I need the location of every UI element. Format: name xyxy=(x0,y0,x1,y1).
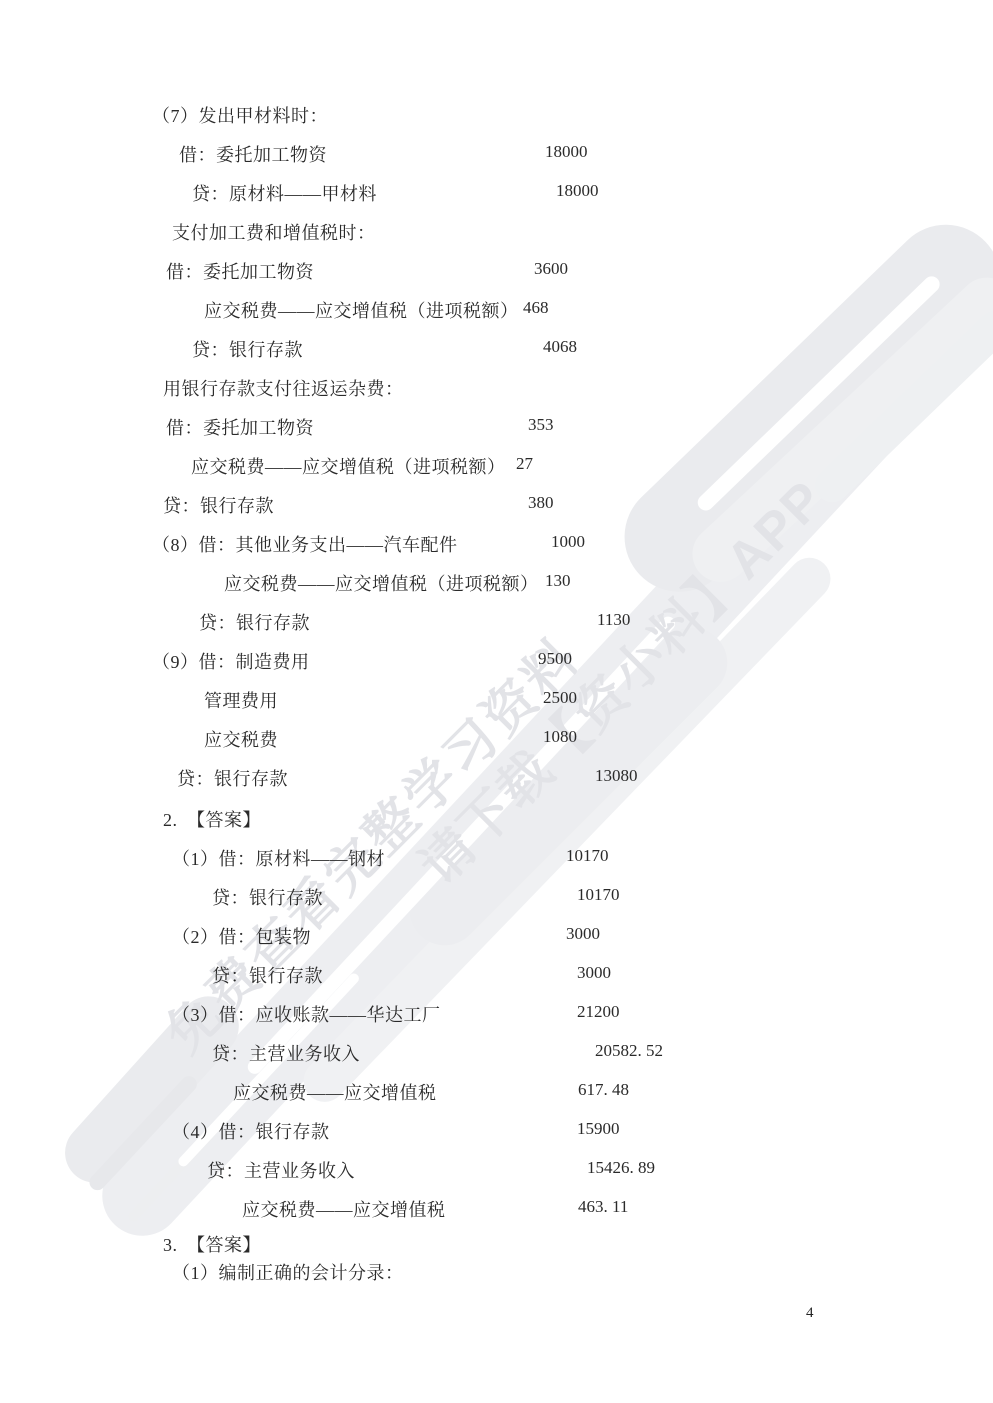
journal-line-amount: 21200 xyxy=(577,1002,620,1022)
journal-line-text: 支付加工费和增值税时： xyxy=(172,219,376,245)
journal-line-text: （4）借：银行存款 xyxy=(172,1118,330,1144)
journal-line: 支付加工费和增值税时： xyxy=(0,219,993,239)
journal-line-text: 应交税费——应交增值税（进项税额） xyxy=(191,453,506,479)
journal-line-text: 2. 【答案】 xyxy=(163,806,261,832)
journal-line: （7）发出甲材料时： xyxy=(0,102,993,122)
journal-line: （4）借：银行存款15900 xyxy=(0,1118,993,1138)
journal-line-text: 用银行存款支付往返运杂费： xyxy=(163,375,404,401)
journal-line: （1）借：原材料——钢材10170 xyxy=(0,845,993,865)
journal-line: 应交税费——应交增值税617. 48 xyxy=(0,1079,993,1099)
journal-line-text: （2）借：包装物 xyxy=(172,923,311,949)
journal-line-amount: 9500 xyxy=(538,649,572,669)
journal-line-text: 应交税费——应交增值税 xyxy=(242,1196,446,1222)
journal-line-amount: 3000 xyxy=(577,963,611,983)
journal-line: 2. 【答案】 xyxy=(0,806,993,826)
journal-line: 应交税费——应交增值税（进项税额）27 xyxy=(0,453,993,473)
journal-line: 3. 【答案】 xyxy=(0,1231,993,1251)
journal-line: （8）借：其他业务支出——汽车配件1000 xyxy=(0,531,993,551)
journal-line: （3）借：应收账款——华达工厂21200 xyxy=(0,1001,993,1021)
journal-line-text: 贷：银行存款 xyxy=(212,884,323,910)
journal-line-amount: 468 xyxy=(523,298,549,318)
journal-line: 用银行存款支付往返运杂费： xyxy=(0,375,993,395)
journal-line: 借：委托加工物资18000 xyxy=(0,141,993,161)
journal-line-text: 应交税费——应交增值税（进项税额） xyxy=(204,297,519,323)
journal-line-amount: 463. 11 xyxy=(578,1197,628,1217)
journal-line: 应交税费——应交增值税（进项税额）468 xyxy=(0,297,993,317)
journal-line-amount: 15426. 89 xyxy=(587,1158,655,1178)
journal-line-text: 贷：银行存款 xyxy=(212,962,323,988)
journal-line: 贷：银行存款10170 xyxy=(0,884,993,904)
journal-line-text: 应交税费——应交增值税 xyxy=(233,1079,437,1105)
journal-line: 管理费用2500 xyxy=(0,687,993,707)
journal-entries-list: （7）发出甲材料时：借：委托加工物资18000贷：原材料——甲材料18000支付… xyxy=(0,0,993,1403)
journal-line-text: 3. 【答案】 xyxy=(163,1231,261,1257)
journal-line-text: 贷：原材料——甲材料 xyxy=(192,180,377,206)
journal-line-text: （8）借：其他业务支出——汽车配件 xyxy=(152,531,458,557)
journal-line: 贷：银行存款1130 xyxy=(0,609,993,629)
journal-line-text: 贷：银行存款 xyxy=(192,336,303,362)
journal-line: （2）借：包装物3000 xyxy=(0,923,993,943)
journal-line-amount: 3000 xyxy=(566,924,600,944)
journal-line: 借：委托加工物资3600 xyxy=(0,258,993,278)
journal-line-text: 贷：主营业务收入 xyxy=(207,1157,355,1183)
journal-line-amount: 1080 xyxy=(543,727,577,747)
journal-line-amount: 3600 xyxy=(534,259,568,279)
journal-line-text: 应交税费 xyxy=(204,726,278,752)
journal-line: （9）借：制造费用9500 xyxy=(0,648,993,668)
journal-line-amount: 617. 48 xyxy=(578,1080,629,1100)
journal-line-amount: 130 xyxy=(545,571,571,591)
journal-line: 应交税费——应交增值税（进项税额）130 xyxy=(0,570,993,590)
journal-line-text: （9）借：制造费用 xyxy=(152,648,310,674)
journal-line-amount: 27 xyxy=(516,454,533,474)
journal-line-amount: 1000 xyxy=(551,532,585,552)
journal-line: 贷：主营业务收入20582. 52 xyxy=(0,1040,993,1060)
journal-line-text: 管理费用 xyxy=(204,687,278,713)
journal-line-amount: 20582. 52 xyxy=(595,1041,663,1061)
journal-line-text: 借：委托加工物资 xyxy=(166,258,314,284)
journal-line-amount: 4068 xyxy=(543,337,577,357)
journal-line-amount: 18000 xyxy=(545,142,588,162)
document-page: 免费查看完整学习资料 请下载【资小料】APP （7）发出甲材料时：借：委托加工物… xyxy=(0,0,993,1403)
journal-line-text: 贷：主营业务收入 xyxy=(212,1040,360,1066)
journal-line-text: 贷：银行存款 xyxy=(177,765,288,791)
journal-line: 贷：银行存款380 xyxy=(0,492,993,512)
page-number: 4 xyxy=(806,1305,814,1322)
journal-line-amount: 353 xyxy=(528,415,554,435)
journal-line-text: 贷：银行存款 xyxy=(199,609,310,635)
journal-line-text: （7）发出甲材料时： xyxy=(152,102,328,128)
journal-line-amount: 380 xyxy=(528,493,554,513)
journal-line-amount: 1130 xyxy=(597,610,630,630)
journal-line: 应交税费1080 xyxy=(0,726,993,746)
journal-line: 借：委托加工物资353 xyxy=(0,414,993,434)
journal-line-text: （1）借：原材料——钢材 xyxy=(172,845,385,871)
journal-line-amount: 10170 xyxy=(566,846,609,866)
journal-line: 应交税费——应交增值税463. 11 xyxy=(0,1196,993,1216)
journal-line-text: （3）借：应收账款——华达工厂 xyxy=(172,1001,441,1027)
journal-line: 贷：银行存款13080 xyxy=(0,765,993,785)
journal-line-amount: 13080 xyxy=(595,766,638,786)
journal-line: 贷：银行存款3000 xyxy=(0,962,993,982)
journal-line-text: 应交税费——应交增值税（进项税额） xyxy=(224,570,539,596)
journal-line-text: 借：委托加工物资 xyxy=(179,141,327,167)
journal-line: 贷：银行存款4068 xyxy=(0,336,993,356)
journal-line-amount: 2500 xyxy=(543,688,577,708)
journal-line-text: 贷：银行存款 xyxy=(163,492,274,518)
journal-line: 贷：主营业务收入15426. 89 xyxy=(0,1157,993,1177)
journal-line-amount: 10170 xyxy=(577,885,620,905)
journal-line: 贷：原材料——甲材料18000 xyxy=(0,180,993,200)
journal-line-text: （1）编制正确的会计分录： xyxy=(172,1259,404,1285)
journal-line-text: 借：委托加工物资 xyxy=(166,414,314,440)
journal-line: （1）编制正确的会计分录： xyxy=(0,1259,993,1279)
journal-line-amount: 15900 xyxy=(577,1119,620,1139)
journal-line-amount: 18000 xyxy=(556,181,599,201)
